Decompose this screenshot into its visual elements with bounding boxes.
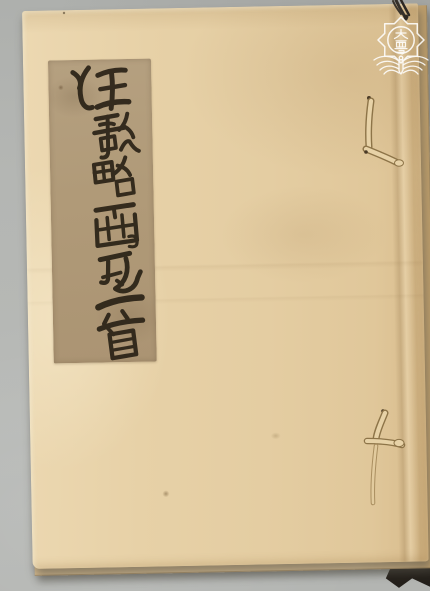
- title-calligraphy: [48, 59, 157, 364]
- library-watermark: [371, 16, 430, 86]
- kanji-ryaku: [94, 157, 134, 196]
- title-label: [48, 59, 157, 364]
- kanji-ka: [94, 113, 139, 158]
- book-front-cover: [22, 3, 429, 568]
- crest-wings: [374, 56, 428, 74]
- kanji-kyou: [73, 66, 129, 110]
- kanji-kawara: [100, 253, 141, 292]
- photo-stage: 狂歌略画瓦一首 狂歌略画瓦一首 大學: [0, 0, 430, 591]
- kanji-ichi: [98, 297, 142, 307]
- kanji-dai: [395, 30, 408, 39]
- kanji-gaku: [395, 41, 407, 54]
- kanji-ga: [96, 205, 137, 249]
- kanji-shu: [99, 310, 145, 358]
